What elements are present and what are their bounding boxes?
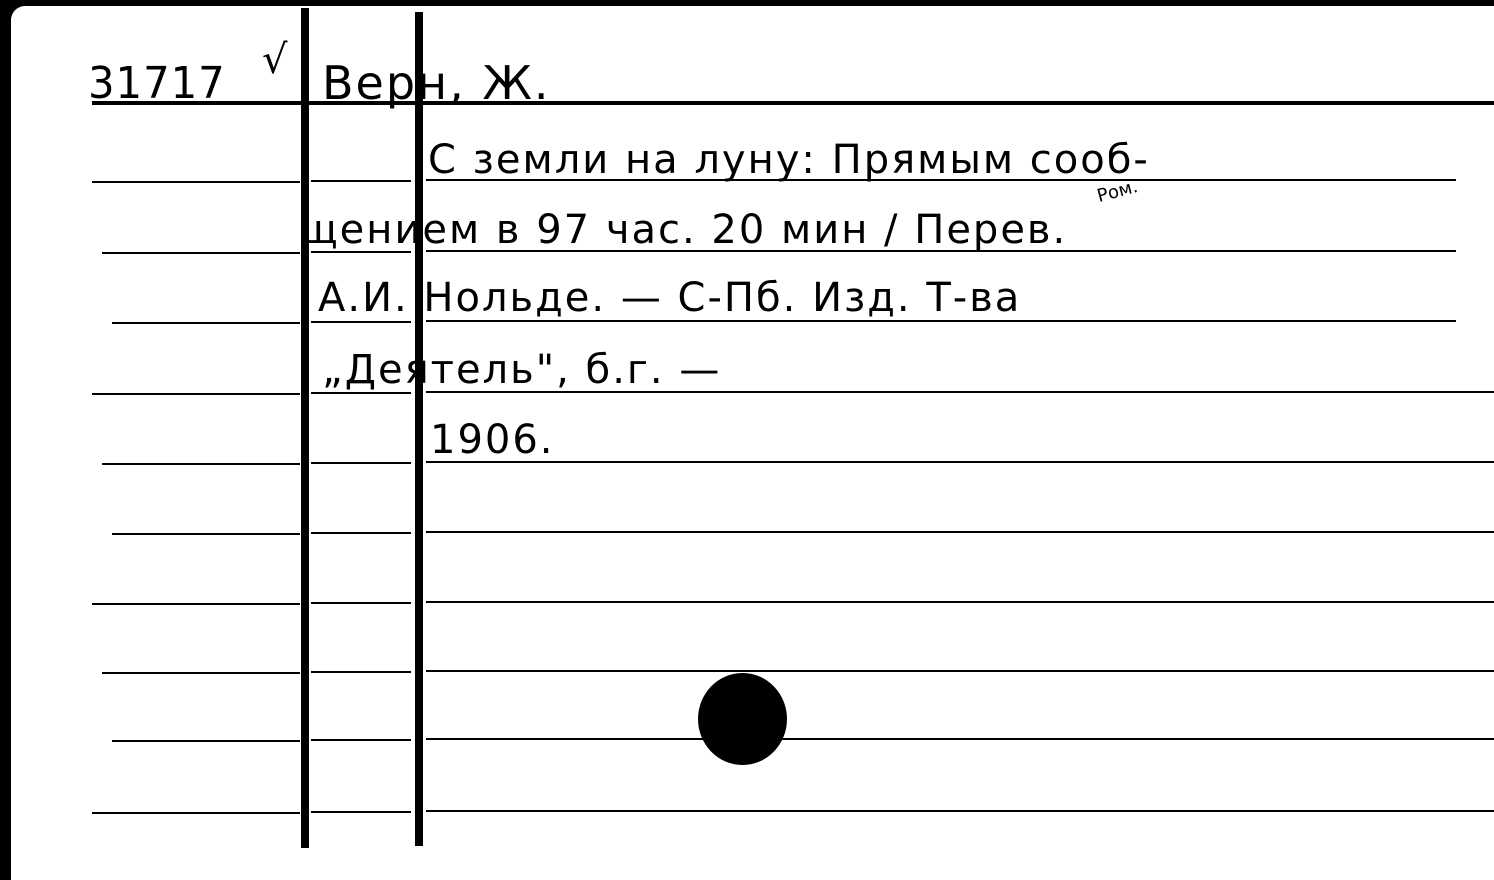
ruled-line-middle (311, 180, 411, 182)
ruled-line-left (112, 740, 300, 742)
title-line-5: 1906. (430, 420, 555, 460)
column-rule-left (301, 8, 309, 848)
ruled-line-middle (311, 739, 411, 741)
ruled-line-left (112, 322, 300, 324)
title-line-3: А.И. Нольде. — С-Пб. Изд. Т-ва (318, 278, 1021, 318)
card-top-edge (0, 0, 1494, 6)
ruled-line-left (92, 812, 300, 814)
ruled-line-right (426, 531, 1494, 533)
ruled-line-middle (311, 602, 411, 604)
ruled-line-left (102, 252, 300, 254)
ruled-line-left (92, 603, 300, 605)
ruled-line-left (102, 463, 300, 465)
ruled-line-left (92, 393, 300, 395)
ruled-line-right (426, 461, 1494, 463)
ruled-line-right (426, 670, 1494, 672)
ruled-line-middle (311, 671, 411, 673)
ruled-line-left (92, 181, 300, 183)
ruled-line-right (426, 738, 1494, 740)
column-rule-right (415, 12, 423, 846)
call-number: 31717 (88, 62, 226, 106)
ruled-line-middle (311, 811, 411, 813)
ruled-line-middle (311, 462, 411, 464)
title-line-4: „Деятель", б.г. — (322, 350, 721, 390)
ruled-line-right (426, 810, 1494, 812)
ruled-line-left (112, 533, 300, 535)
title-line-2: щением в 97 час. 20 мин / Перев. (300, 210, 1067, 250)
check-mark: √ (262, 40, 290, 80)
title-line-1: С земли на луну: Прямым сооб- (428, 140, 1150, 180)
card-left-edge (0, 6, 11, 880)
ruled-line-right (426, 601, 1494, 603)
catalog-card: 31717 √ Верн, Ж. С земли на луну: Прямым… (0, 0, 1494, 880)
ruled-line-middle (311, 532, 411, 534)
author-heading: Верн, Ж. (322, 60, 551, 106)
ruled-line-middle (311, 321, 411, 323)
punched-hole (698, 673, 787, 765)
ruled-line-left (102, 672, 300, 674)
